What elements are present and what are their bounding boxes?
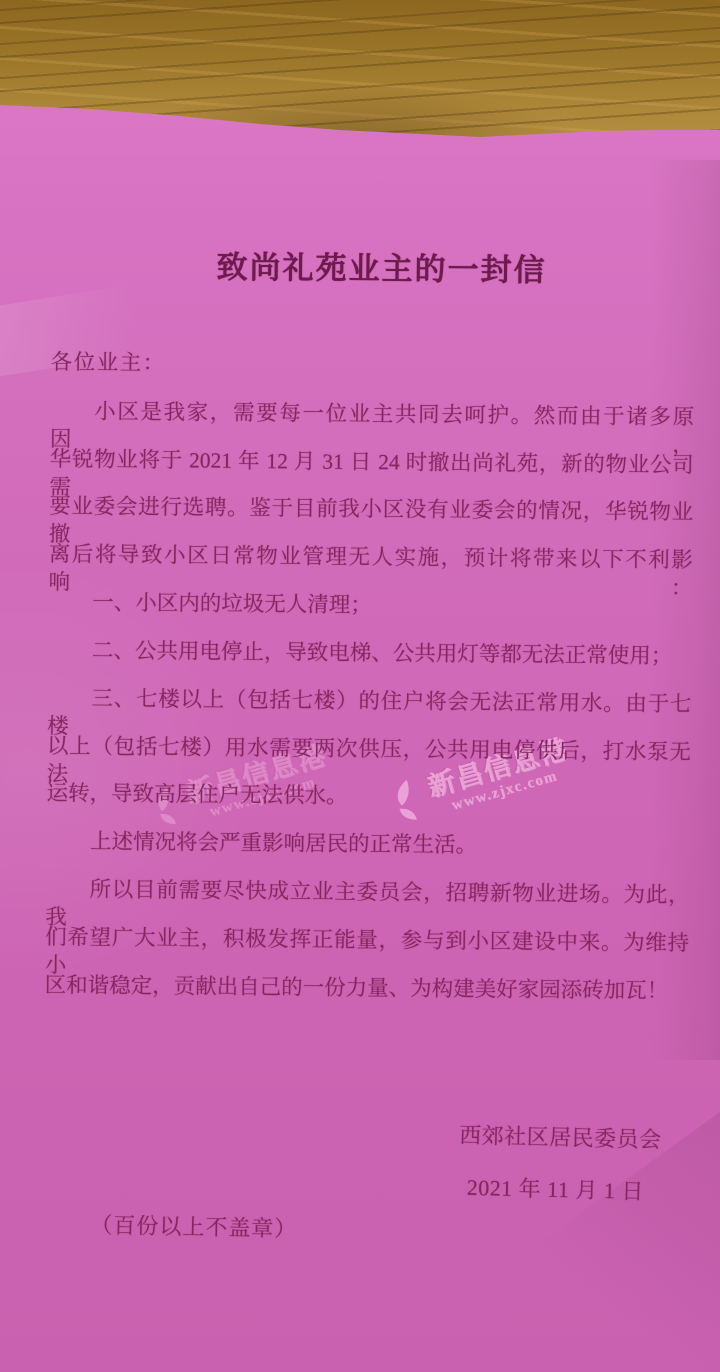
body-line: 上述情况将会严重影响居民的正常生活。 [46,827,690,861]
copies-note: （百份以上不盖章） [90,1208,298,1243]
letter-paper: 新昌信息港 www.zjxc.com 新昌信息港 www.zjxc.com 致尚… [0,0,720,1372]
signature: 西郊社区居民委员会 [459,1119,662,1155]
body-line: 一、小区内的垃圾无人清理； [48,588,692,622]
letter-title: 致尚礼苑业主的一封信 [21,248,720,291]
body-line: 区和谐稳定，贡献出自己的一份力量、为构建美好家园添砖加瓦！ [45,971,689,1005]
letter-date: 2021 年 11 月 1 日 [466,1171,644,1206]
body-line: 运转，导致高层住户无法供水。 [46,779,690,813]
body-line: 二、公共用电停止，导致电梯、公共用灯等都无法正常使用； [48,636,692,670]
salutation: 各位业主： [51,348,695,382]
letter-content: 致尚礼苑业主的一封信 各位业主： 小区是我家，需要每一位业主共同去呵护。然而由于… [0,0,720,1372]
